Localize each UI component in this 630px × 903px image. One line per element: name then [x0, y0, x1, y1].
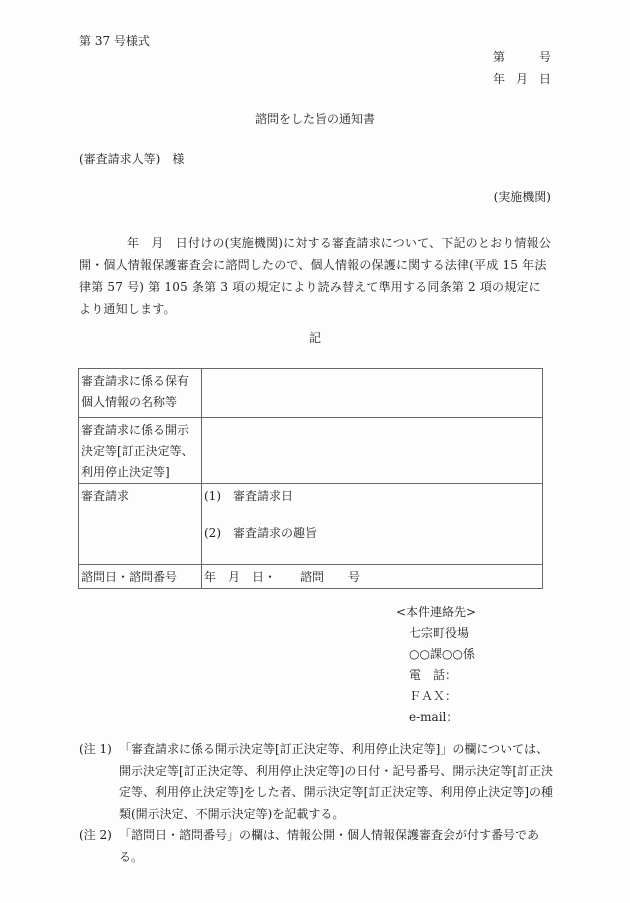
- table-row: 審査請求に係る開示決定等[訂正決定等、利用停止決定等]: [79, 418, 543, 484]
- row-label: 審査請求に係る開示決定等[訂正決定等、利用停止決定等]: [79, 418, 202, 484]
- record-table: 審査請求に係る保有個人情報の名称等 審査請求に係る開示決定等[訂正決定等、利用停…: [78, 368, 543, 589]
- row-value: (1) 審査請求日 (2) 審査請求の趣旨: [202, 484, 543, 565]
- date-day: 日: [539, 71, 551, 87]
- row-label: 審査請求に係る保有個人情報の名称等: [79, 369, 202, 418]
- notes: (注 1) 「審査請求に係る開示決定等[訂正決定等、利用停止決定等]」の欄につい…: [79, 739, 554, 868]
- table-row: 諮問日・諮問番号 年 月 日・ 諮問 号: [79, 565, 543, 589]
- row-value: 年 月 日・ 諮問 号: [202, 565, 543, 589]
- note-text: 「審査請求に係る開示決定等[訂正決定等、利用停止決定等]」の欄については、開示決…: [119, 739, 554, 825]
- table-row: 審査請求 (1) 審査請求日 (2) 審査請求の趣旨: [79, 484, 543, 565]
- issuer: (実施機関): [494, 189, 551, 205]
- row-value: [202, 418, 543, 484]
- contact-heading: <本件連絡先>: [396, 602, 476, 623]
- document-title: 諮問をした旨の通知書: [0, 111, 630, 127]
- request-purpose-item: (2) 審査請求の趣旨: [204, 523, 541, 544]
- note-text: 「諮問日・諮問番号」の欄は、情報公開・個人情報保護審査会が付す番号である。: [119, 825, 554, 868]
- document-number: 第 号: [493, 49, 551, 65]
- contact-section: ○○課○○係: [396, 644, 476, 665]
- contact-fax: ＦＡＸ：: [396, 686, 476, 707]
- document-date: 年 月 日: [493, 71, 551, 87]
- addressee: (審査請求人等) 様: [79, 151, 184, 167]
- doc-number-prefix: 第: [493, 49, 505, 65]
- note-tag: (注 1): [79, 739, 119, 825]
- note-1: (注 1) 「審査請求に係る開示決定等[訂正決定等、利用停止決定等]」の欄につい…: [79, 739, 554, 825]
- contact-office: 七宗町役場: [396, 623, 476, 644]
- note-2: (注 2) 「諮問日・諮問番号」の欄は、情報公開・個人情報保護審査会が付す番号で…: [79, 825, 554, 868]
- row-label: 諮問日・諮問番号: [79, 565, 202, 589]
- request-date-item: (1) 審査請求日: [204, 486, 541, 507]
- table-row: 審査請求に係る保有個人情報の名称等: [79, 369, 543, 418]
- body-paragraph: 年 月 日付けの(実施機関)に対する審査請求について、下記のとおり情報公開・個人…: [79, 232, 552, 320]
- contact-block: <本件連絡先> 七宗町役場 ○○課○○係 電 話： ＦＡＸ： e-mail：: [396, 602, 476, 728]
- body-text: 年 月 日付けの(実施機関)に対する審査請求について、下記のとおり情報公開・個人…: [79, 232, 552, 320]
- date-month: 月: [516, 71, 528, 87]
- date-year: 年: [493, 71, 505, 87]
- form-number: 第 37 号様式: [79, 33, 150, 49]
- row-value: [202, 369, 543, 418]
- row-label: 審査請求: [79, 484, 202, 565]
- doc-number-suffix: 号: [539, 49, 551, 65]
- contact-email: e-mail：: [396, 707, 476, 728]
- note-tag: (注 2): [79, 825, 119, 868]
- contact-phone: 電 話：: [396, 665, 476, 686]
- ki-heading: 記: [0, 330, 630, 346]
